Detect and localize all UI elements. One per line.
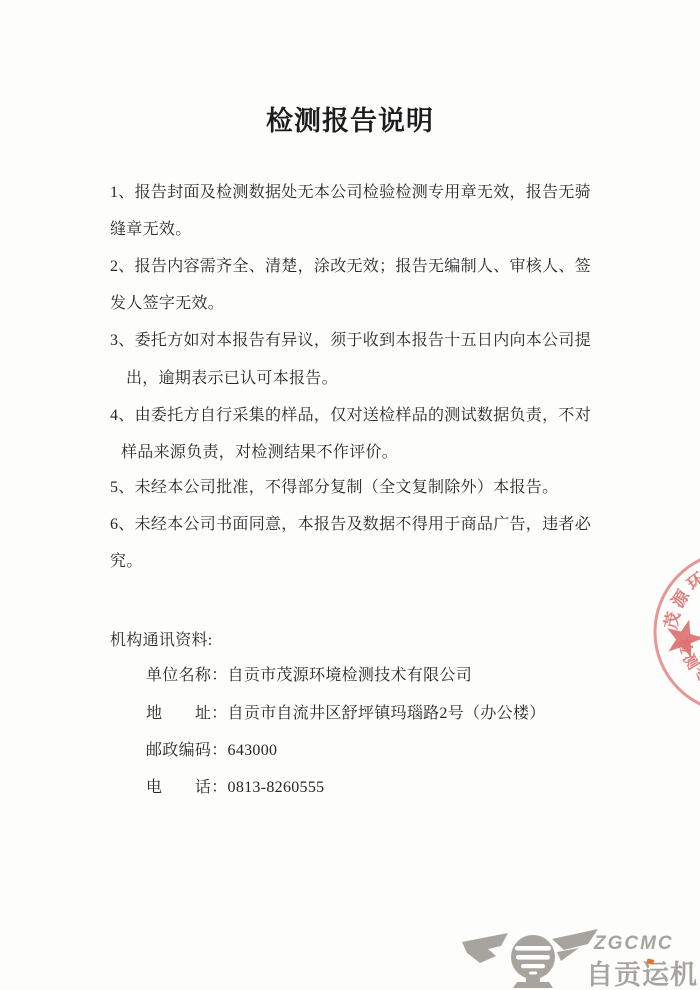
contact-label: 地 址：: [146, 705, 228, 722]
logo-pedestal: [526, 977, 540, 982]
note-line: 4、由委托方自行采集的样品，仅对送检样品的测试数据负责，不对: [110, 406, 591, 426]
page-title: 检测报告说明: [0, 99, 700, 138]
note-line: 出，逾期表示已认可本报告。: [126, 369, 338, 389]
logo-left-wing: [462, 933, 508, 963]
logo-right-wing-lower: [557, 948, 579, 961]
note-line: 1、报告封面及检测数据处无本公司检验检测专用章无效，报告无骑: [110, 183, 591, 203]
contact-value: 0813-8260555: [228, 779, 325, 796]
note-line: 缝章无效。: [110, 220, 192, 240]
contact-section-heading: 机构通讯资料:: [110, 627, 213, 650]
company-logo: ZGCMC 自贡运机: [460, 926, 700, 990]
logo-base: [513, 982, 553, 988]
contact-label: 邮政编码：: [146, 742, 228, 759]
logo-right-wing: [552, 929, 598, 950]
logo-latin-text: ZGCMC: [593, 933, 674, 954]
contact-label: 单位名称：: [146, 667, 228, 684]
note-line: 2、报告内容需齐全、清楚，涂改无效；报告无编制人、审核人、签: [110, 257, 591, 277]
contact-value: 自贡市自流井区舒坪镇玛瑙路2号（办公楼）: [228, 705, 546, 722]
contact-row-postal-code: 邮政编码：643000: [146, 737, 277, 760]
note-line: 样品来源负责，对检测结果不作评价。: [121, 443, 398, 463]
logo-chinese-text: 自贡运机: [586, 960, 698, 990]
seal-arc-text-top: 茂源环境检测: [661, 557, 700, 630]
note-line: 究。: [110, 552, 143, 572]
contact-row-address: 地 址：自贡市自流井区舒坪镇玛瑙路2号（办公楼）: [146, 700, 546, 723]
contact-value: 自贡市茂源环境检测技术有限公司: [228, 667, 473, 684]
note-line: 6、未经本公司书面同意，本报告及数据不得用于商品广告，违者必: [110, 515, 591, 535]
contact-row-unit-name: 单位名称：自贡市茂源环境检测技术有限公司: [146, 662, 472, 685]
contact-value: 643000: [228, 742, 278, 759]
company-seal-stamp: 茂源环境检测 检测专用章: [640, 545, 700, 723]
note-line: 3、委托方如对本报告有异议，须于收到本报告十五日内向本公司提: [110, 331, 591, 351]
note-line: 5、未经本公司批准，不得部分复制（全文复制除外）本报告。: [110, 478, 558, 498]
contact-label: 电 话：: [146, 779, 228, 796]
report-page: 检测报告说明 1、报告封面及检测数据处无本公司检验检测专用章无效，报告无骑 缝章…: [0, 0, 700, 990]
note-line: 发人签字无效。: [110, 294, 224, 314]
contact-row-phone: 电 话：0813-8260555: [146, 774, 324, 797]
